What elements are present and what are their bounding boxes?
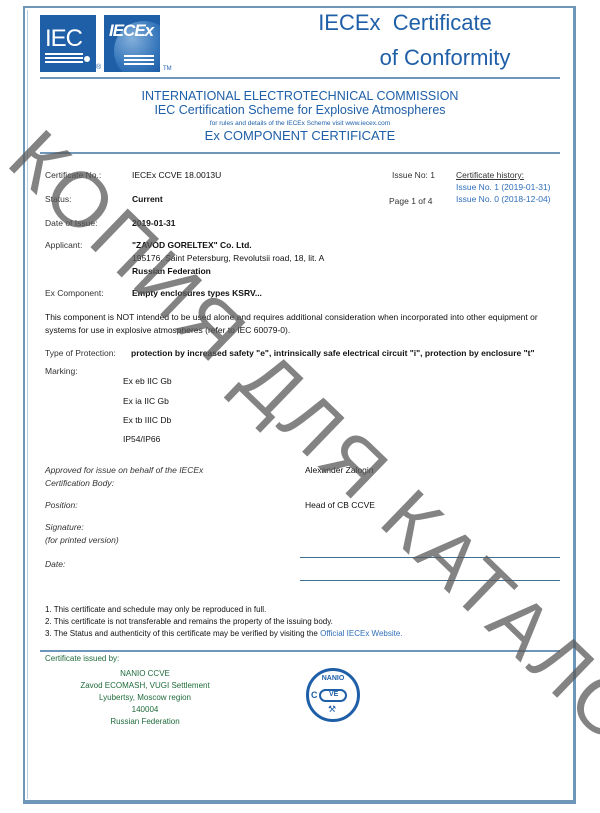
certificate-type: Ex COMPONENT CERTIFICATE <box>40 128 560 143</box>
applicant-name: "ZAVOD GORELTEX" Co. Ltd. <box>132 240 252 250</box>
issue-no: Issue No: 1 <box>392 170 435 180</box>
approved-label-2: Certification Body: <box>45 478 114 488</box>
note-3-text: 3. The Status and authenticity of this c… <box>45 629 318 638</box>
issued-by-label: Certificate issued by: <box>45 654 119 663</box>
marking-item: Ex tb IIIC Db <box>123 415 171 425</box>
footer-divider <box>40 650 560 652</box>
approver-position: Head of CB CCVE <box>305 500 375 510</box>
date-line <box>300 580 560 581</box>
iec-logo: IEC <box>40 15 96 72</box>
approved-label: Approved for issue on behalf of the IECE… <box>45 465 203 475</box>
iecex-logo: IECEx <box>104 15 160 72</box>
history-issue-1[interactable]: Issue No. 1 (2019-01-31) <box>456 182 551 192</box>
position-label: Position: <box>45 500 78 510</box>
marking-label: Marking: <box>45 366 78 376</box>
ex-component: Empty enclosures types KSRV... <box>132 288 262 298</box>
component-notice: This component is NOT intended to be use… <box>45 311 560 337</box>
applicant-label: Applicant: <box>45 240 82 250</box>
section-divider <box>40 152 560 154</box>
trademark: TM <box>163 66 172 72</box>
iecex-logo-text: IECEx <box>109 21 153 41</box>
approver-name: Alexander Zalogin <box>305 465 374 475</box>
marking-item: IP54/IP66 <box>123 434 160 444</box>
issuer-line: 140004 <box>70 704 220 716</box>
stamp-c: C <box>311 690 318 700</box>
certificate-title-line2: of Conformity <box>300 45 590 71</box>
issuer-address: NANIO CCVE Zavod ECOMASH, VUGI Settlemen… <box>70 668 220 728</box>
note-1: 1. This certificate and schedule may onl… <box>45 605 266 614</box>
marking-item: Ex eb IIC Gb <box>123 376 172 386</box>
signature-label: Signature: <box>45 522 84 532</box>
status-label: Status: <box>45 194 71 204</box>
nanio-ccve-stamp: NANIO C VE ⚒ <box>306 668 360 722</box>
registered-mark: ® <box>96 64 101 71</box>
certificate-history-label: Certificate history: <box>456 170 524 180</box>
page-indicator: Page 1 of 4 <box>389 196 432 206</box>
status-value: Current <box>132 194 163 204</box>
date-of-issue: 2019-01-31 <box>132 218 175 228</box>
note-3: 3. The Status and authenticity of this c… <box>45 629 403 638</box>
signature-note: (for printed version) <box>45 535 119 545</box>
applicant-address: 195176, Saint Petersburg, Revolutsii roa… <box>132 253 324 263</box>
stamp-text: NANIO <box>309 675 357 682</box>
issuer-line: Zavod ECOMASH, VUGI Settlement <box>70 680 220 692</box>
certificate-title-line1: IECEx Certificate <box>300 10 510 36</box>
note-2: 2. This certificate is not transferable … <box>45 617 333 626</box>
certificate-no-label: Certificate No.: <box>45 170 101 180</box>
issuer-line: Lyubertsy, Moscow region <box>70 692 220 704</box>
issuer-line: Russian Federation <box>70 716 220 728</box>
official-iecex-website-link[interactable]: Official IECEx Website. <box>320 629 402 638</box>
crossed-hammers-icon: ⚒ <box>328 704 336 715</box>
history-issue-0[interactable]: Issue No. 0 (2018-12-04) <box>456 194 551 204</box>
scheme-name: IEC Certification Scheme for Explosive A… <box>40 103 560 117</box>
type-of-protection: protection by increased safety "e", intr… <box>131 348 535 358</box>
certificate-page: IEC ® IECEx TM IECEx Certificate of Conf… <box>0 0 600 813</box>
type-of-protection-label: Type of Protection: <box>45 348 116 358</box>
org-name: INTERNATIONAL ELECTROTECHNICAL COMMISSIO… <box>40 89 560 103</box>
rules-note: for rules and details of the IECEx Schem… <box>40 120 560 127</box>
date-label: Date: <box>45 559 65 569</box>
signature-line <box>300 557 560 558</box>
stamp-ve: VE <box>329 691 338 698</box>
iec-logo-text: IEC <box>45 25 82 53</box>
applicant-country: Russian Federation <box>132 266 211 276</box>
marking-item: Ex ia IIC Gb <box>123 396 169 406</box>
issuer-name: NANIO CCVE <box>70 668 220 680</box>
date-of-issue-label: Date of Issue: <box>45 218 97 228</box>
header-divider <box>40 77 560 79</box>
ex-component-label: Ex Component: <box>45 288 104 298</box>
certificate-no: IECEx CCVE 18.0013U <box>132 170 221 180</box>
